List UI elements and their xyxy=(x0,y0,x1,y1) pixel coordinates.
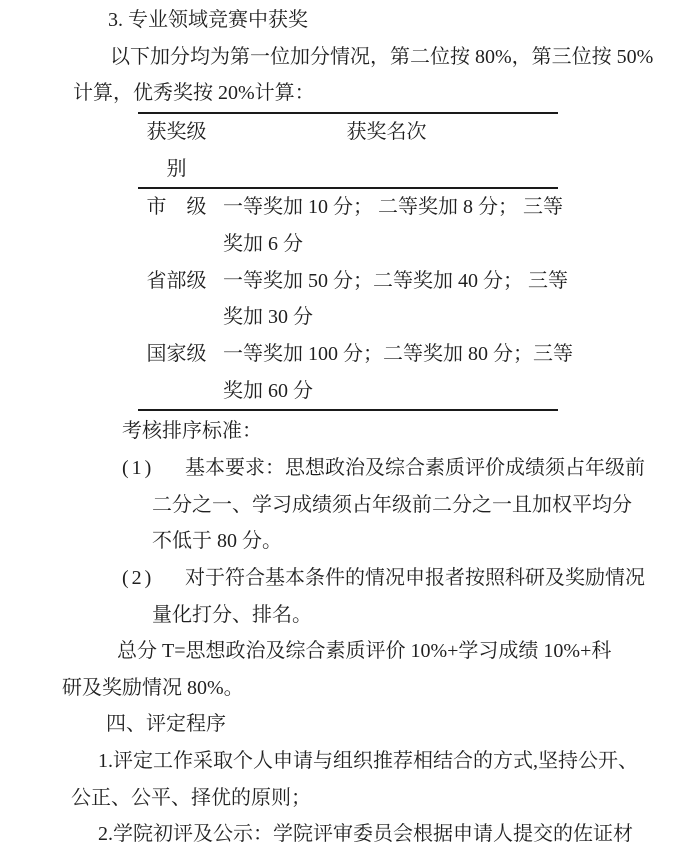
criteria-item-1-line-2: 二分之一、学习成绩须占年级前二分之一且加权平均分 xyxy=(62,487,640,524)
rank-line-1: 一等奖加 100 分；二等奖加 80 分；三等 xyxy=(223,336,573,373)
rank-cell: 一等奖加 10 分； 二等奖加 8 分； 三等 奖加 6 分 xyxy=(215,189,563,262)
section4-item-1-line-1: 1.评定工作采取个人申请与组织推荐相结合的方式,坚持公开、 xyxy=(62,743,640,780)
intro-line-2: 计算，优秀奖按 20%计算： xyxy=(62,75,640,112)
criteria-item-1-line-1: (1)基本要求：思想政治及综合素质评价成绩须占年级前 xyxy=(62,450,640,487)
rank-line-1: 一等奖加 10 分； 二等奖加 8 分； 三等 xyxy=(223,189,563,226)
rank-cell: 一等奖加 100 分；二等奖加 80 分；三等 奖加 60 分 xyxy=(215,336,573,409)
section4-item-2-line-1: 2.学院初评及公示：学院评审委员会根据申请人提交的佐证材 xyxy=(62,816,640,851)
total-score-line-1: 总分 T=思想政治及综合素质评价 10%+学习成绩 10%+科 xyxy=(62,633,640,670)
rank-line-1: 一等奖加 50 分；二等奖加 40 分； 三等 xyxy=(223,263,568,300)
item-2-text: 对于符合基本条件的情况申报者按照科研及奖励情况 xyxy=(185,567,645,589)
section3-heading: 3. 专业领域竞赛中获奖 xyxy=(62,2,640,39)
criteria-item-2-line-2: 量化打分、排名。 xyxy=(62,597,640,634)
table-row: 国家级 一等奖加 100 分；二等奖加 80 分；三等 奖加 60 分 xyxy=(138,336,558,409)
table-header-rank-label: 获奖名次 xyxy=(215,114,558,151)
level-label: 市级 xyxy=(147,189,207,226)
table-header-level-line1: 获奖级 xyxy=(138,114,215,151)
table-header-rank-cell: 获奖名次 xyxy=(215,114,558,187)
rank-cell: 一等奖加 50 分；二等奖加 40 分； 三等 奖加 30 分 xyxy=(215,263,568,336)
awards-table: 获奖级 别 获奖名次 市级 一等奖加 10 分； 二等奖加 8 分； 三等 奖加… xyxy=(138,112,558,411)
criteria-section: 考核排序标准： (1)基本要求：思想政治及综合素质评价成绩须占年级前 二分之一、… xyxy=(62,413,640,851)
rank-line-2: 奖加 6 分 xyxy=(223,226,563,263)
criteria-heading: 考核排序标准： xyxy=(62,413,640,450)
section4-heading: 四、评定程序 xyxy=(62,706,640,743)
item-1-text: 基本要求：思想政治及综合素质评价成绩须占年级前 xyxy=(185,457,645,479)
table-row: 省部级 一等奖加 50 分；二等奖加 40 分； 三等 奖加 30 分 xyxy=(138,263,558,336)
item-1-marker: (1) xyxy=(122,450,185,487)
intro-line-1: 以下加分均为第一位加分情况，第二位按 80%，第三位按 50% xyxy=(62,39,640,76)
criteria-item-2-line-1: (2)对于符合基本条件的情况申报者按照科研及奖励情况 xyxy=(62,560,640,597)
document-page: 3. 专业领域竞赛中获奖 以下加分均为第一位加分情况，第二位按 80%，第三位按… xyxy=(0,0,700,851)
table-header-level-cell: 获奖级 别 xyxy=(138,114,215,187)
level-cell: 国家级 xyxy=(138,336,215,409)
level-cell: 市级 xyxy=(138,189,215,262)
rank-line-2: 奖加 60 分 xyxy=(223,373,573,410)
item-2-marker: (2) xyxy=(122,560,185,597)
criteria-item-1-line-3: 不低于 80 分。 xyxy=(62,523,640,560)
table-row: 市级 一等奖加 10 分； 二等奖加 8 分； 三等 奖加 6 分 xyxy=(138,189,558,262)
level-label: 省部级 xyxy=(147,263,207,300)
table-header-level-line2: 别 xyxy=(138,151,215,188)
total-score-line-2: 研及奖励情况 80%。 xyxy=(62,670,640,707)
section4-item-1-line-2: 公正、公平、择优的原则； xyxy=(62,780,640,817)
rank-line-2: 奖加 30 分 xyxy=(223,299,568,336)
table-header-row: 获奖级 别 获奖名次 xyxy=(138,114,558,189)
level-cell: 省部级 xyxy=(138,263,215,336)
level-label: 国家级 xyxy=(147,336,207,373)
